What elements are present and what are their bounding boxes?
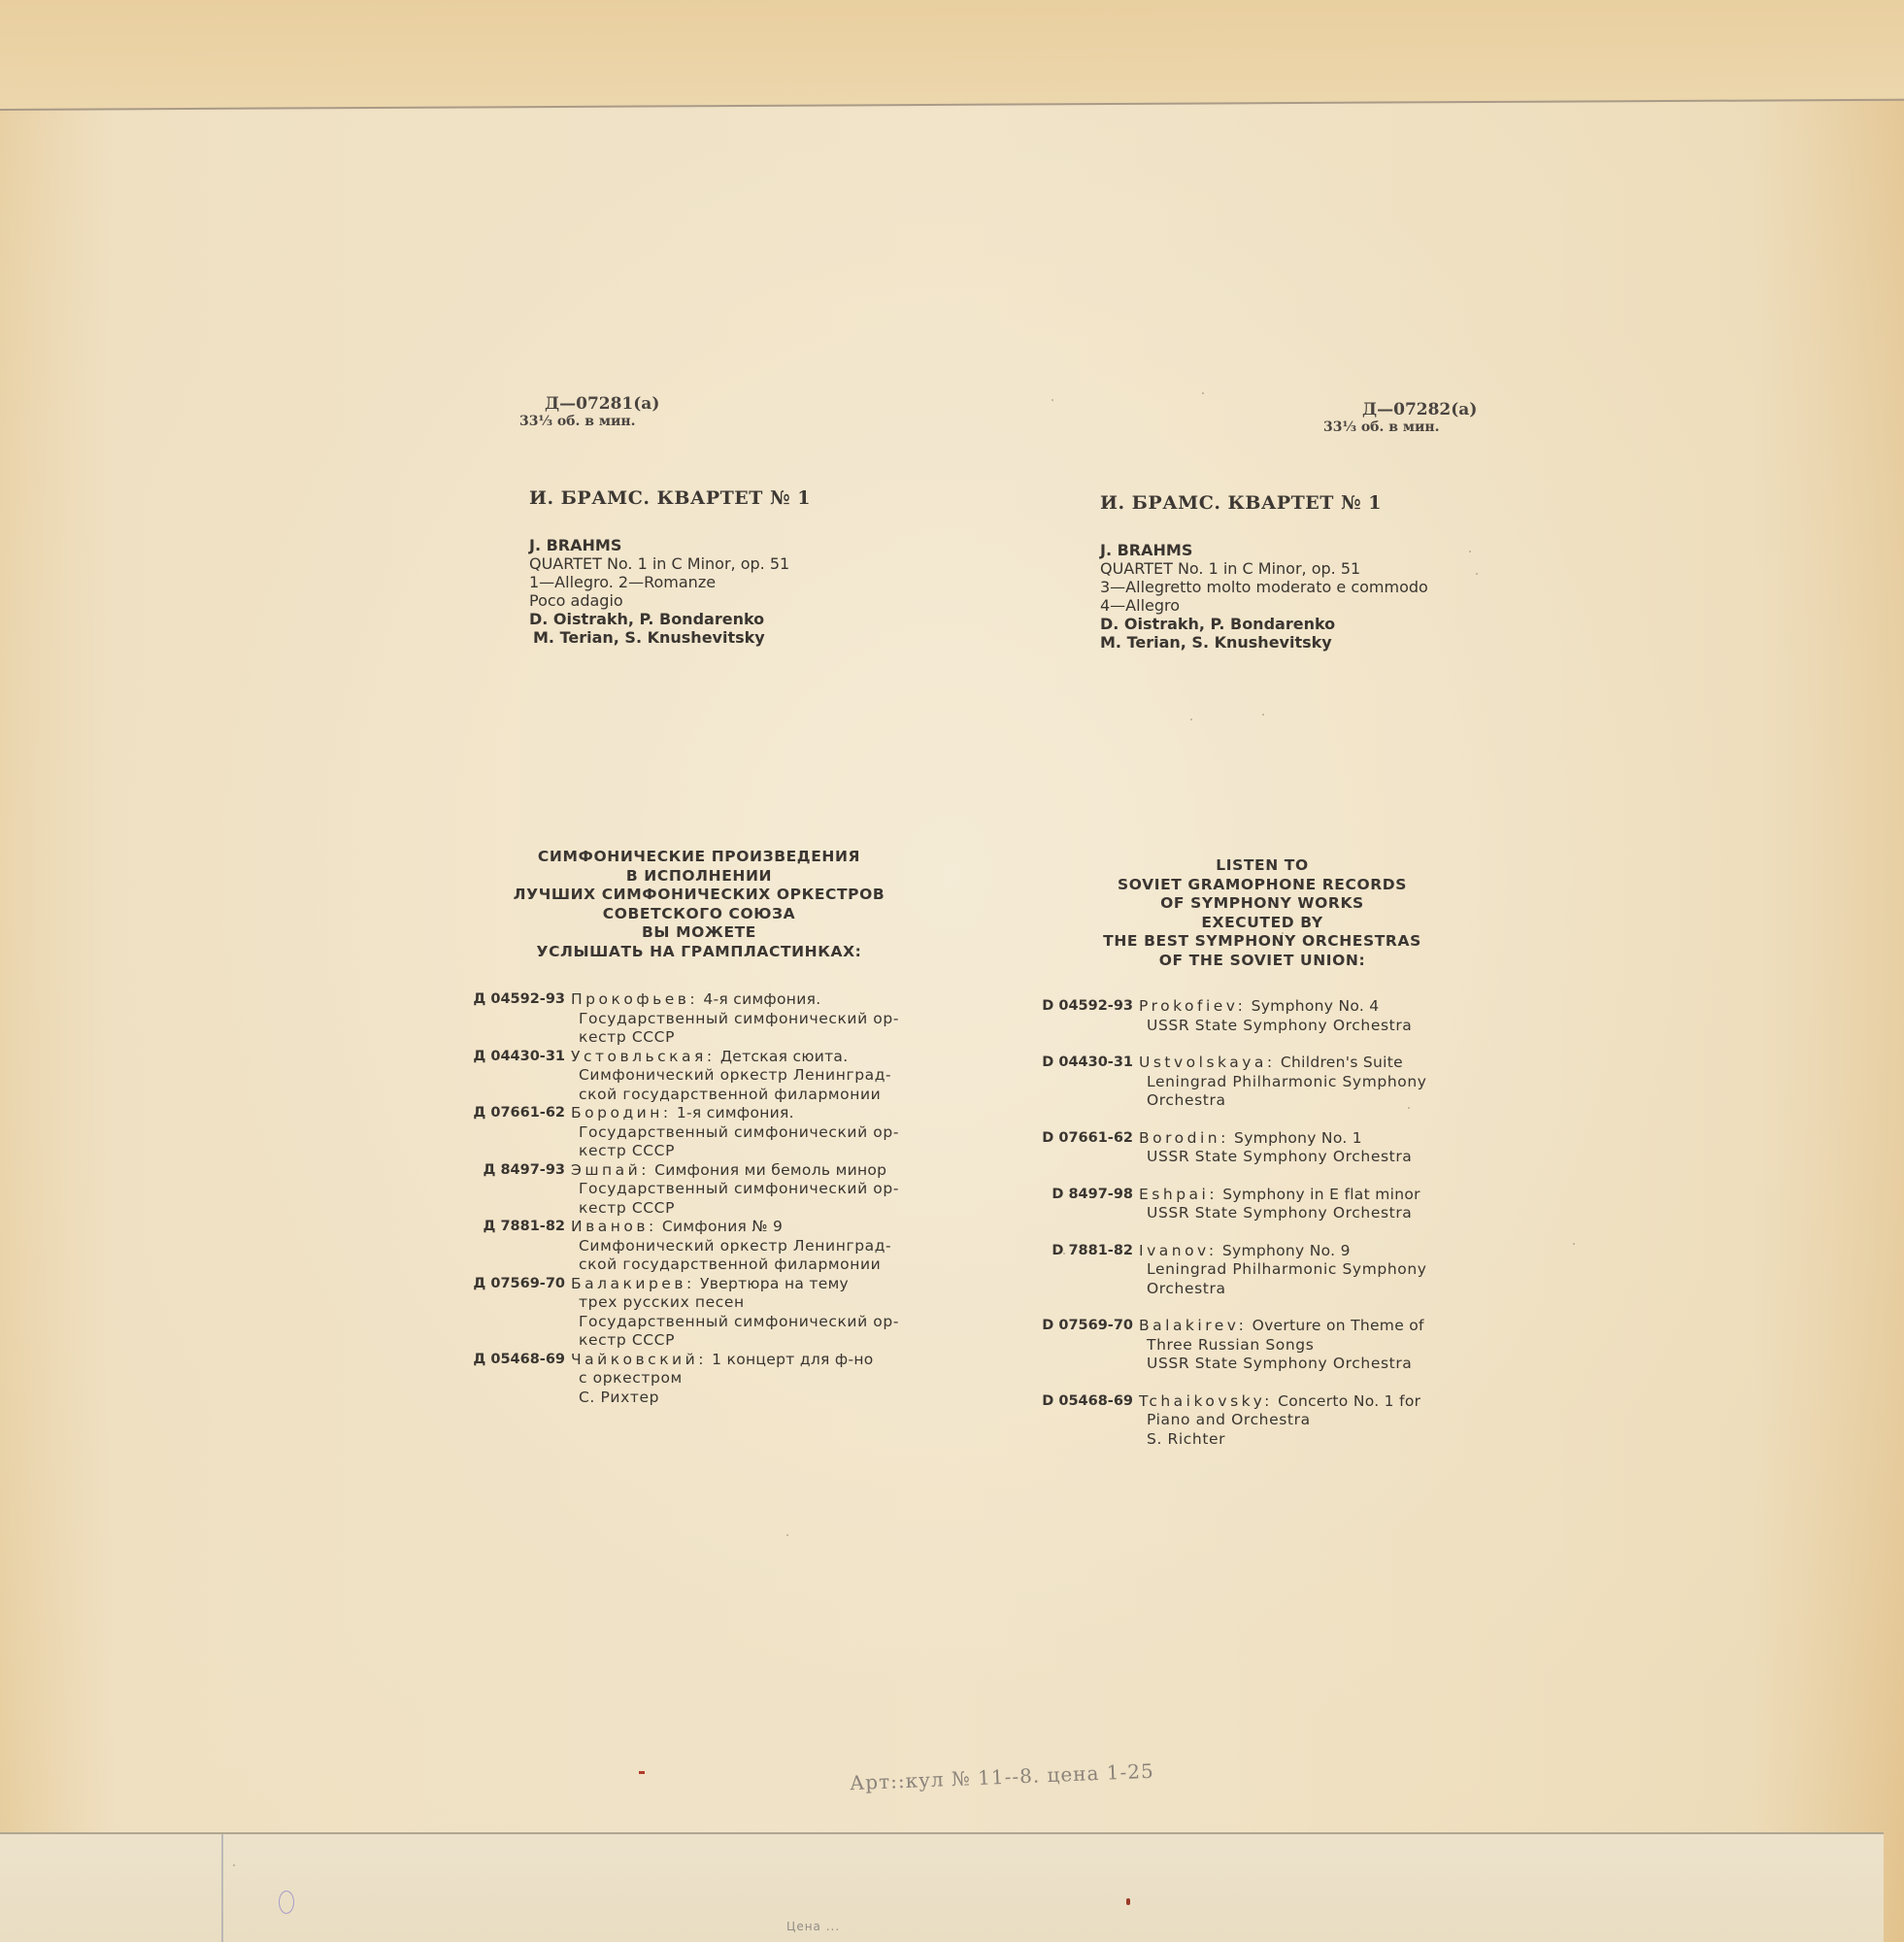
side-b-catalog-number: Д—07282(а)	[1323, 400, 1477, 419]
performer-line: Orchestra	[1139, 1091, 1490, 1111]
catalogue-description: Ustvolskaya: Children's SuiteLeningrad P…	[1139, 1054, 1490, 1111]
composer-name: Эшпай:	[571, 1161, 650, 1179]
catalogue-list-en: D 04592-93Prokofiev: Symphony No. 4USSR …	[1024, 997, 1490, 1467]
catalogue-code: Д 04592-93	[456, 990, 565, 1048]
paper-speck	[1282, 932, 1284, 934]
heading-line: LISTEN TO	[1068, 856, 1456, 876]
side-b-performers: M. Terian, S. Knushevitsky	[1100, 633, 1518, 652]
promo-heading-ru: СИМФОНИЧЕСКИЕ ПРОИЗВЕДЕНИЯ В ИСПОЛНЕНИИ …	[490, 848, 908, 961]
performer-line: Leningrad Philharmonic Symphony	[1139, 1260, 1490, 1280]
composer-name: Eshpai:	[1139, 1186, 1218, 1203]
side-b-performers: D. Oistrakh, P. Bondarenko	[1100, 615, 1518, 633]
catalogue-code: Д 04430-31	[456, 1048, 565, 1105]
paper-speck	[233, 1864, 235, 1866]
catalogue-code: D 7881-82	[1024, 1242, 1133, 1299]
work-title: Children's Suite	[1276, 1054, 1403, 1071]
catalogue-description: Иванов: Симфония № 9Симфонический оркест…	[571, 1218, 932, 1275]
work-title: Overture on Theme of	[1247, 1317, 1423, 1334]
catalogue-description: Tchaikovsky: Concerto No. 1 forPiano and…	[1139, 1392, 1490, 1450]
composer-name: Balakirev:	[1139, 1317, 1247, 1334]
performer-line: ской государственной филармонии	[571, 1256, 932, 1275]
catalogue-description: Устовльская: Детская сюита.Симфонический…	[571, 1048, 932, 1105]
work-title: Увертюра на тему	[695, 1275, 849, 1292]
side-b-composer: J. BRAHMS	[1100, 541, 1518, 559]
catalogue-description: Prokofiev: Symphony No. 4USSR State Symp…	[1139, 997, 1490, 1035]
catalogue-entry: D 8497-98Eshpai: Symphony in E flat mino…	[1024, 1186, 1490, 1223]
heading-line: OF SYMPHONY WORKS	[1068, 894, 1456, 914]
composer-name: Tchaikovsky:	[1139, 1392, 1273, 1410]
work-title: 4-я симфония.	[698, 990, 820, 1008]
performer-line: кестр СССР	[571, 1028, 932, 1048]
work-title: Симфония № 9	[657, 1218, 784, 1235]
composer-name: Устовльская:	[571, 1048, 716, 1065]
catalogue-entry: D 07661-62Borodin: Symphony No. 1USSR St…	[1024, 1129, 1490, 1167]
side-b-work: QUARTET No. 1 in C Minor, op. 51	[1100, 559, 1518, 578]
catalogue-code: D 07569-70	[1024, 1317, 1133, 1374]
performer-line: трех русских песен	[571, 1293, 932, 1313]
paper-speck	[1573, 1243, 1575, 1245]
composer-name: Prokofiev:	[1139, 997, 1246, 1015]
catalogue-description: Balakirev: Overture on Theme ofThree Rus…	[1139, 1317, 1490, 1374]
performer-line: с оркестром	[571, 1369, 932, 1389]
side-a-catalog-block: Д—07281(а) 33⅓ об. в мин.	[519, 394, 659, 429]
paper-speck	[1469, 551, 1471, 552]
composer-name: Чайковский:	[571, 1351, 707, 1368]
composer-name: Ivanov:	[1139, 1242, 1218, 1259]
paper-speck	[1202, 392, 1204, 394]
composer-name: Бородин:	[571, 1104, 672, 1122]
heading-line: ВЫ МОЖЕТЕ	[490, 923, 908, 943]
performer-line: USSR State Symphony Orchestra	[1139, 1355, 1490, 1374]
record-sleeve-back	[0, 0, 1904, 1942]
heading-line: SOVIET GRAMOPHONE RECORDS	[1068, 876, 1456, 895]
composer-name: Ustvolskaya:	[1139, 1054, 1276, 1071]
work-title: 1 концерт для ф-но	[707, 1351, 874, 1368]
bottom-flap: Цена ...	[0, 1832, 1884, 1942]
catalogue-code: D 07661-62	[1024, 1129, 1133, 1167]
catalogue-entry: Д 8497-93Эшпай: Симфония ми бемоль минор…	[456, 1161, 932, 1219]
work-title: Symphony No. 1	[1229, 1129, 1362, 1147]
performer-line: Государственный симфонический ор-	[571, 1010, 932, 1029]
side-a-movement: Poco adagio	[529, 591, 947, 610]
catalogue-code: Д 07569-70	[456, 1275, 565, 1351]
side-a-performers: M. Terian, S. Knushevitsky	[529, 628, 947, 647]
work-title: Symphony No. 9	[1218, 1242, 1351, 1259]
catalogue-entry: D 7881-82Ivanov: Symphony No. 9Leningrad…	[1024, 1242, 1490, 1299]
heading-line: СОВЕТСКОГО СОЮЗА	[490, 905, 908, 924]
side-a-work: QUARTET No. 1 in C Minor, op. 51	[529, 554, 947, 573]
catalogue-code: Д 7881-82	[456, 1218, 565, 1275]
performer-line: USSR State Symphony Orchestra	[1139, 1017, 1490, 1036]
heading-line: ЛУЧШИХ СИМФОНИЧЕСКИХ ОРКЕСТРОВ	[490, 886, 908, 905]
performer-line: кестр СССР	[571, 1199, 932, 1219]
paper-speck	[1357, 1214, 1359, 1216]
promo-heading-en: LISTEN TO SOVIET GRAMOPHONE RECORDS OF S…	[1068, 856, 1456, 970]
performer-line: Государственный симфонический ор-	[571, 1123, 932, 1143]
catalogue-description: Прокофьев: 4-я симфония.Государственный …	[571, 990, 932, 1048]
side-b-speed: 33⅓ об. в мин.	[1323, 419, 1477, 435]
catalogue-code: D 04430-31	[1024, 1054, 1133, 1111]
heading-line: В ИСПОЛНЕНИИ	[490, 867, 908, 887]
heading-line: УСЛЫШАТЬ НА ГРАМПЛАСТИНКАХ:	[490, 943, 908, 962]
catalogue-entry: Д 04430-31Устовльская: Детская сюита.Сим…	[456, 1048, 932, 1105]
faded-price-stamp: Цена ...	[786, 1920, 840, 1933]
side-b-label: И. БРАМС. КВАРТЕТ № 1 J. BRAHMS QUARTET …	[1100, 492, 1518, 652]
crease-line	[221, 1834, 223, 1942]
catalogue-entry: D 04430-31Ustvolskaya: Children's SuiteL…	[1024, 1054, 1490, 1111]
performer-line: кестр СССР	[571, 1331, 932, 1351]
catalogue-code: D 05468-69	[1024, 1392, 1133, 1450]
side-a-label: И. БРАМС. КВАРТЕТ № 1 J. BRAHMS QUARTET …	[529, 487, 947, 647]
paper-speck	[1052, 399, 1053, 401]
composer-name: Прокофьев:	[571, 990, 698, 1008]
side-b-movement: 4—Allegro	[1100, 596, 1518, 615]
composer-name: Иванов:	[571, 1218, 657, 1235]
side-a-movement: 1—Allegro. 2—Romanze	[529, 573, 947, 591]
performer-line: Симфонический оркестр Ленинград-	[571, 1066, 932, 1086]
heading-line: EXECUTED BY	[1068, 914, 1456, 933]
catalogue-description: Эшпай: Симфония ми бемоль минорГосударст…	[571, 1161, 932, 1219]
catalogue-code: Д 05468-69	[456, 1351, 565, 1408]
performer-line: USSR State Symphony Orchestra	[1139, 1148, 1490, 1167]
composer-name: Балакирев:	[571, 1275, 695, 1292]
catalogue-code: D 04592-93	[1024, 997, 1133, 1035]
work-title: Concerto No. 1 for	[1273, 1392, 1420, 1410]
catalogue-entry: Д 07569-70Балакирев: Увертюра на темутре…	[456, 1275, 932, 1351]
catalogue-entry: Д 05468-69Чайковский: 1 концерт для ф-но…	[456, 1351, 932, 1408]
performer-line: Orchestra	[1139, 1280, 1490, 1299]
catalogue-entry: Д 7881-82Иванов: Симфония № 9Симфоническ…	[456, 1218, 932, 1275]
performer-line: кестр СССР	[571, 1142, 932, 1161]
side-a-catalog-number: Д—07281(а)	[519, 394, 659, 414]
performer-line: USSR State Symphony Orchestra	[1139, 1204, 1490, 1223]
performer-line: S. Richter	[1139, 1430, 1490, 1450]
catalogue-entry: Д 04592-93Прокофьев: 4-я симфония.Госуда…	[456, 990, 932, 1048]
heading-line: СИМФОНИЧЕСКИЕ ПРОИЗВЕДЕНИЯ	[490, 848, 908, 867]
work-title: Детская сюита.	[716, 1048, 849, 1065]
pencil-circle-mark	[279, 1891, 294, 1914]
performer-line: С. Рихтер	[571, 1389, 932, 1408]
paper-speck	[1408, 1107, 1410, 1109]
catalogue-code: D 8497-98	[1024, 1186, 1133, 1223]
catalogue-description: Балакирев: Увертюра на темутрех русских …	[571, 1275, 932, 1351]
side-b-catalog-block: Д—07282(а) 33⅓ об. в мин.	[1323, 400, 1477, 435]
performer-line: Симфонический оркестр Ленинград-	[571, 1237, 932, 1256]
performer-line: Three Russian Songs	[1139, 1336, 1490, 1356]
catalogue-description: Ivanov: Symphony No. 9Leningrad Philharm…	[1139, 1242, 1490, 1299]
side-a-title-ru: И. БРАМС. КВАРТЕТ № 1	[529, 487, 947, 509]
catalogue-code: Д 8497-93	[456, 1161, 565, 1219]
performer-line: Piano and Orchestra	[1139, 1411, 1490, 1430]
paper-speck	[1262, 714, 1264, 716]
catalogue-code: Д 07661-62	[456, 1104, 565, 1161]
side-a-performers: D. Oistrakh, P. Bondarenko	[529, 610, 947, 628]
composer-name: Borodin:	[1139, 1129, 1229, 1147]
performer-line: ской государственной филармонии	[571, 1086, 932, 1105]
paper-speck	[1190, 719, 1192, 720]
catalogue-entry: D 05468-69Tchaikovsky: Concerto No. 1 fo…	[1024, 1392, 1490, 1450]
catalogue-entry: D 04592-93Prokofiev: Symphony No. 4USSR …	[1024, 997, 1490, 1035]
catalogue-entry: Д 07661-62Бородин: 1-я симфония.Государс…	[456, 1104, 932, 1161]
top-flap	[0, 0, 1904, 111]
performer-line: Государственный симфонический ор-	[571, 1313, 932, 1332]
performer-line: Leningrad Philharmonic Symphony	[1139, 1073, 1490, 1092]
catalogue-description: Eshpai: Symphony in E flat minorUSSR Sta…	[1139, 1186, 1490, 1223]
performer-line: Государственный симфонический ор-	[571, 1180, 932, 1199]
work-title: 1-я симфония.	[672, 1104, 794, 1122]
catalogue-description: Чайковский: 1 концерт для ф-нос оркестро…	[571, 1351, 932, 1408]
side-a-speed: 33⅓ об. в мин.	[519, 414, 659, 429]
heading-line: THE BEST SYMPHONY ORCHESTRAS	[1068, 932, 1456, 952]
paper-speck	[1476, 573, 1478, 575]
red-ink-mark	[1126, 1898, 1130, 1905]
side-a-composer: J. BRAHMS	[529, 536, 947, 554]
side-b-movement: 3—Allegretto molto moderato e commodo	[1100, 578, 1518, 596]
work-title: Symphony in E flat minor	[1218, 1186, 1420, 1203]
side-b-title-ru: И. БРАМС. КВАРТЕТ № 1	[1100, 492, 1518, 514]
heading-line: OF THE SOVIET UNION:	[1068, 952, 1456, 971]
catalogue-entry: D 07569-70Balakirev: Overture on Theme o…	[1024, 1317, 1490, 1374]
paper-speck	[786, 1534, 788, 1536]
catalogue-description: Borodin: Symphony No. 1USSR State Sympho…	[1139, 1129, 1490, 1167]
paper-speck	[1063, 1253, 1065, 1255]
catalogue-description: Бородин: 1-я симфония.Государственный си…	[571, 1104, 932, 1161]
work-title: Symphony No. 4	[1246, 997, 1379, 1015]
work-title: Симфония ми бемоль минор	[650, 1161, 886, 1179]
red-ink-mark	[639, 1771, 645, 1774]
catalogue-list-ru: Д 04592-93Прокофьев: 4-я симфония.Госуда…	[456, 990, 932, 1407]
